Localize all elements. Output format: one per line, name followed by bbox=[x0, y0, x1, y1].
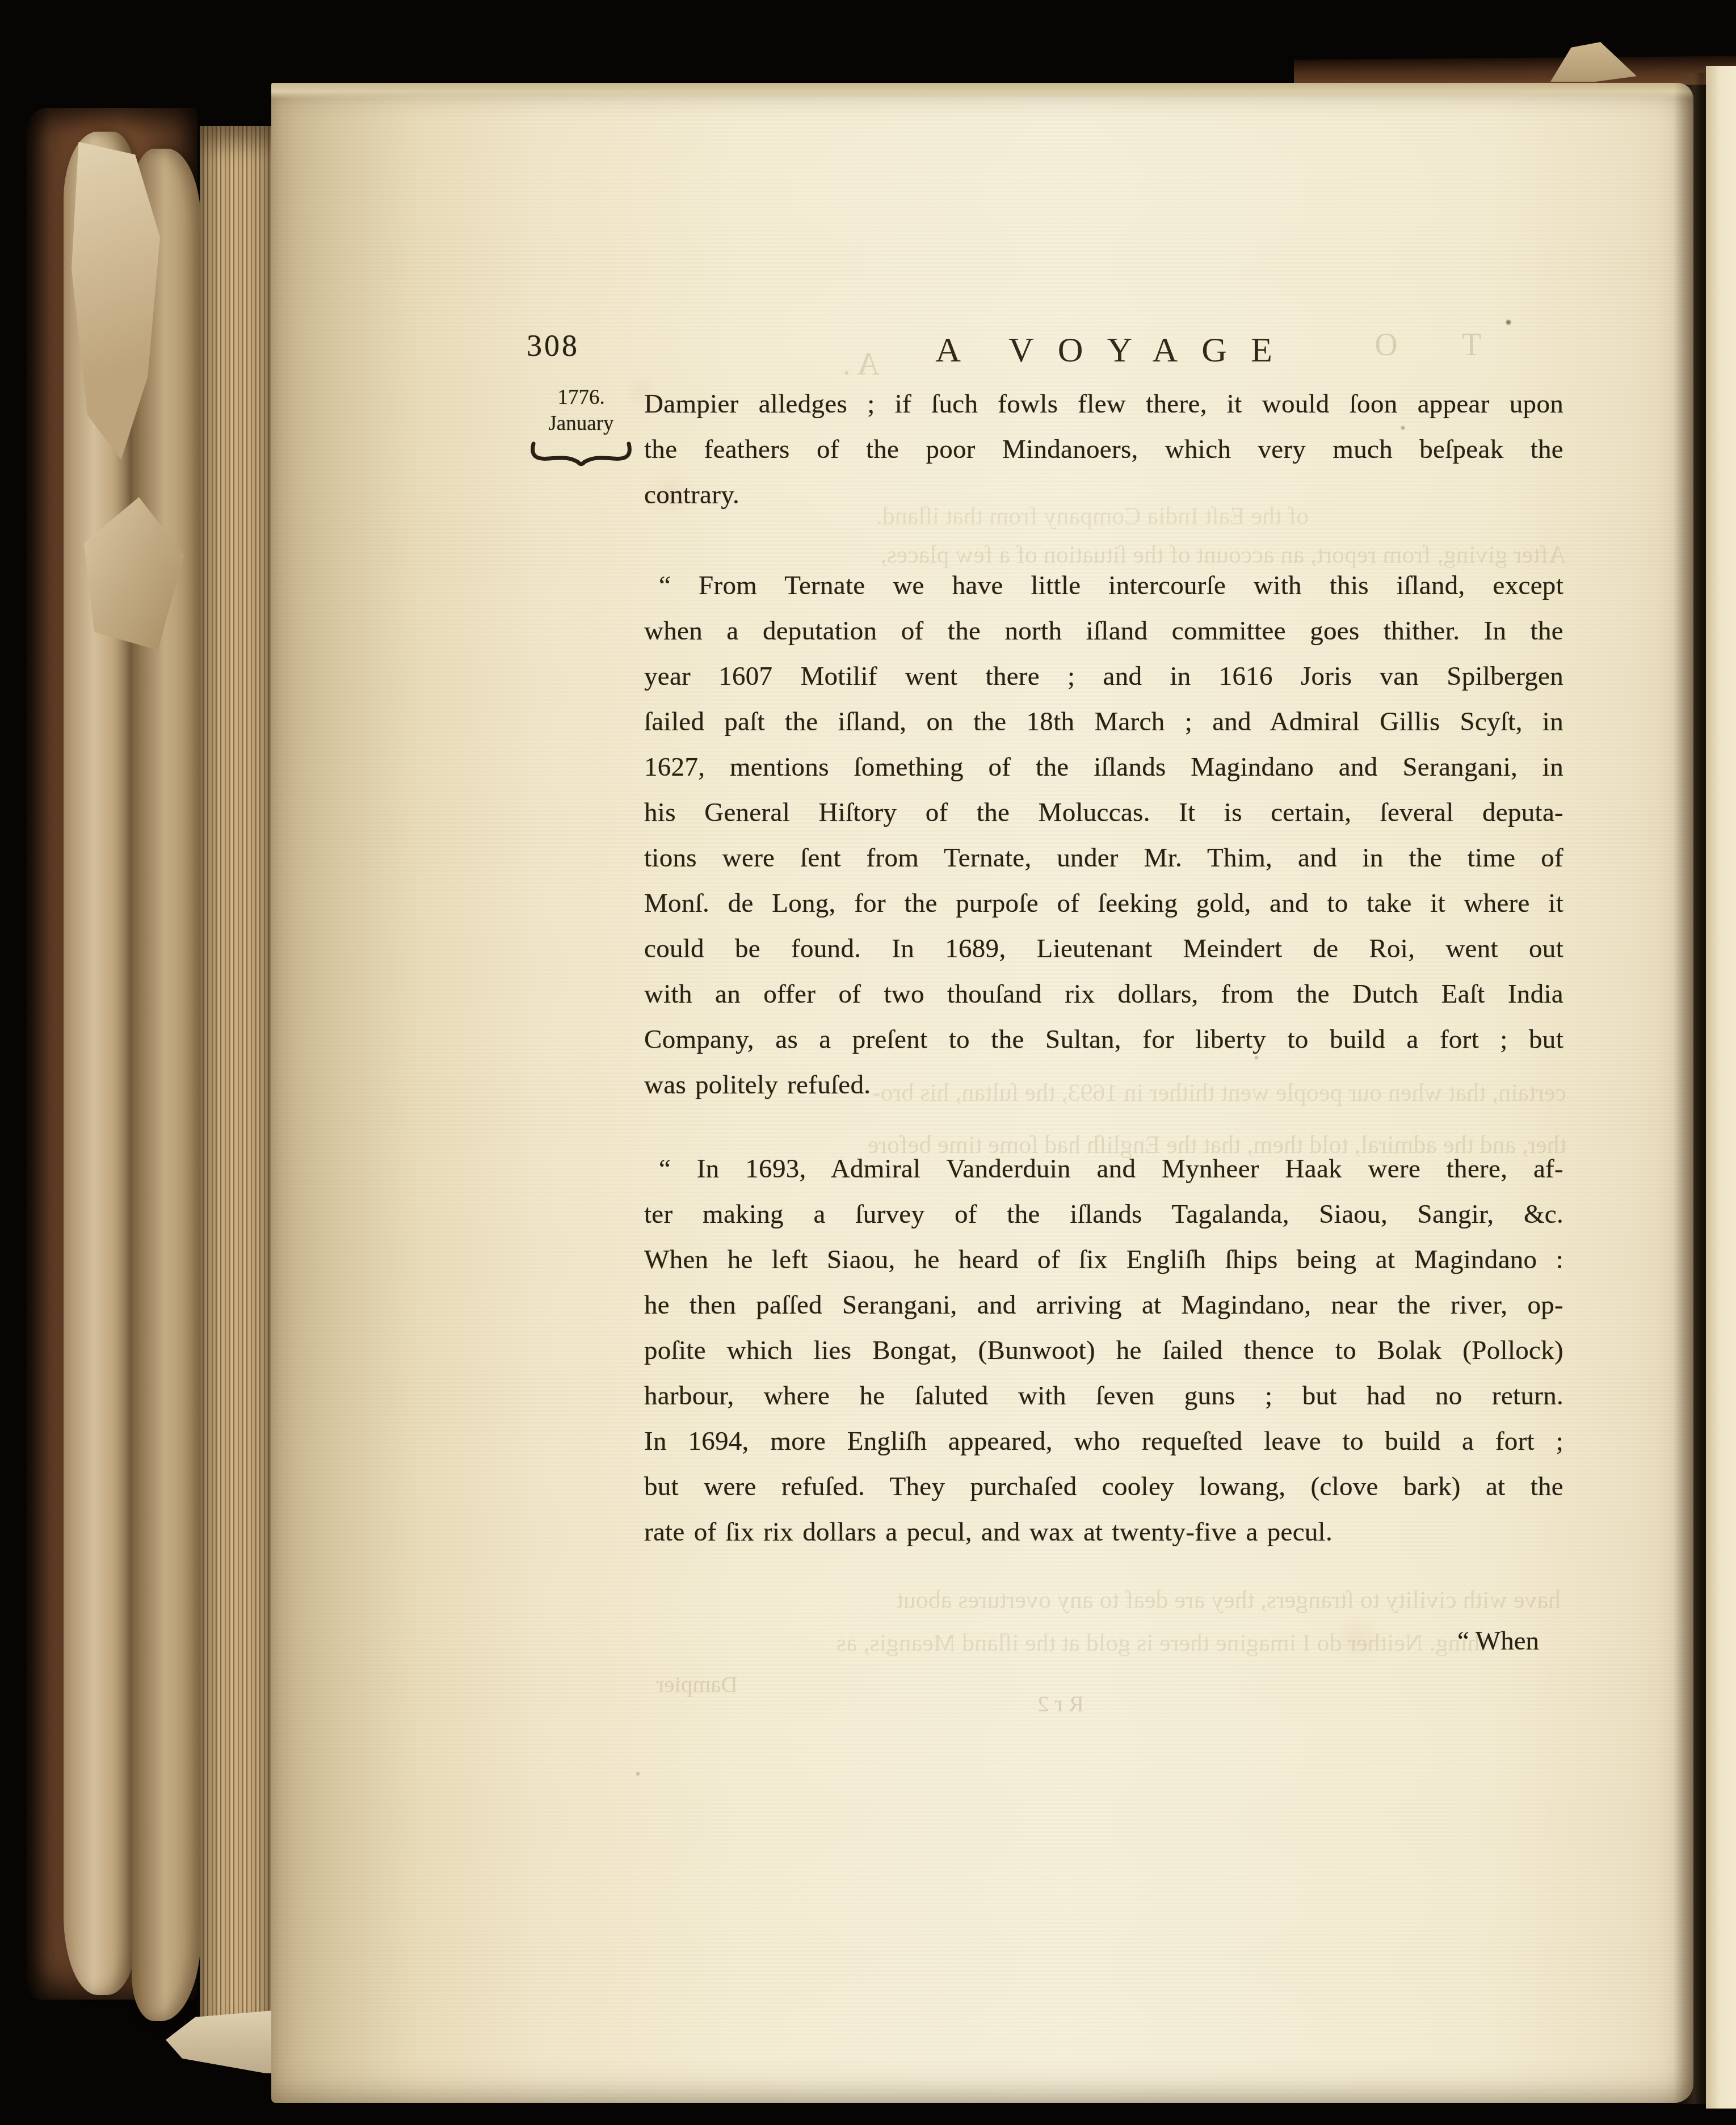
catchword: “ When bbox=[644, 1618, 1563, 1664]
margin-note: 1776. January bbox=[521, 385, 641, 473]
bleedthrough-signature-mark: R r 2 bbox=[987, 1686, 1084, 1720]
text-line: but were refuſed. They purchaſed cooley … bbox=[644, 1464, 1563, 1509]
text-line: ter making a ſurvey of the iſlands Tagal… bbox=[644, 1192, 1563, 1237]
book-photo-scene: A . T O of the Eaſt India Company from t… bbox=[0, 0, 1736, 2125]
running-title-word-voyage: VOYAGE bbox=[1008, 331, 1296, 369]
text-line: with an offer of two thouſand rix dollar… bbox=[644, 971, 1563, 1017]
text-line: When he left Siaou, he heard of ſix Engl… bbox=[644, 1237, 1563, 1282]
text-line: “ From Ternate we have little intercourſ… bbox=[644, 563, 1563, 608]
text-line: harbour, where he ſaluted with ſeven gun… bbox=[644, 1373, 1563, 1419]
running-title: AVOYAGE bbox=[644, 330, 1563, 371]
torn-endpaper-strip bbox=[132, 149, 201, 2021]
page-number: 308 bbox=[527, 328, 579, 363]
text-line: the feathers of the poor Mindanoers, whi… bbox=[644, 427, 1563, 472]
text-line: year 1607 Motilif went there ; and in 16… bbox=[644, 654, 1563, 699]
running-title-word-a: A bbox=[935, 331, 961, 369]
margin-note-month: January bbox=[521, 411, 641, 437]
text-line: he then paſſed Serangani, and arriving a… bbox=[644, 1282, 1563, 1328]
text-line: rate of ſix rix dollars a pecul, and wax… bbox=[644, 1509, 1563, 1555]
text-line: ſailed paſt the iſland, on the 18th Marc… bbox=[644, 699, 1563, 744]
text-line: tions were ſent from Ternate, under Mr. … bbox=[644, 835, 1563, 881]
text-line: his General Hiſtory of the Moluccas. It … bbox=[644, 790, 1563, 835]
text-line: poſite which lies Bongat, (Bunwoot) he ſ… bbox=[644, 1328, 1563, 1373]
bleedthrough-author-name: Dampier bbox=[579, 1667, 738, 1701]
text-line: Company, as a preſent to the Sultan, for… bbox=[644, 1017, 1563, 1062]
page-edge-striations bbox=[200, 126, 274, 2057]
bleedthrough-line: have with civility to ſtrangers, they ar… bbox=[709, 1583, 1561, 1617]
text-line: could be found. In 1689, Lieutenant Mein… bbox=[644, 926, 1563, 971]
text-line: when a deputation of the north iſland co… bbox=[644, 608, 1563, 654]
paragraph: “ From Ternate we have little intercourſ… bbox=[644, 563, 1563, 1108]
text-line: contrary. bbox=[644, 472, 1563, 517]
text-line: In 1694, more Engliſh appeared, who requ… bbox=[644, 1419, 1563, 1464]
page-top-edge bbox=[271, 83, 1693, 99]
adjacent-page-edge bbox=[1706, 66, 1736, 2109]
paragraph: “ In 1693, Admiral Vanderduin and Mynhee… bbox=[644, 1146, 1563, 1555]
paper-stains bbox=[0, 0, 2, 2]
paragraph: Dampier alledges ; if ſuch fowls flew th… bbox=[644, 381, 1563, 517]
text-line: Monſ. de Long, for the purpoſe of ſeekin… bbox=[644, 881, 1563, 926]
margin-note-year: 1776. bbox=[521, 385, 641, 411]
text-line: 1627, mentions ſomething of the iſlands … bbox=[644, 744, 1563, 790]
text-line: “ In 1693, Admiral Vanderduin and Mynhee… bbox=[644, 1146, 1563, 1192]
text-line: was politely refuſed. bbox=[644, 1062, 1563, 1108]
text-line: Dampier alledges ; if ſuch fowls flew th… bbox=[644, 381, 1563, 427]
margin-note-brace-icon bbox=[529, 440, 633, 466]
